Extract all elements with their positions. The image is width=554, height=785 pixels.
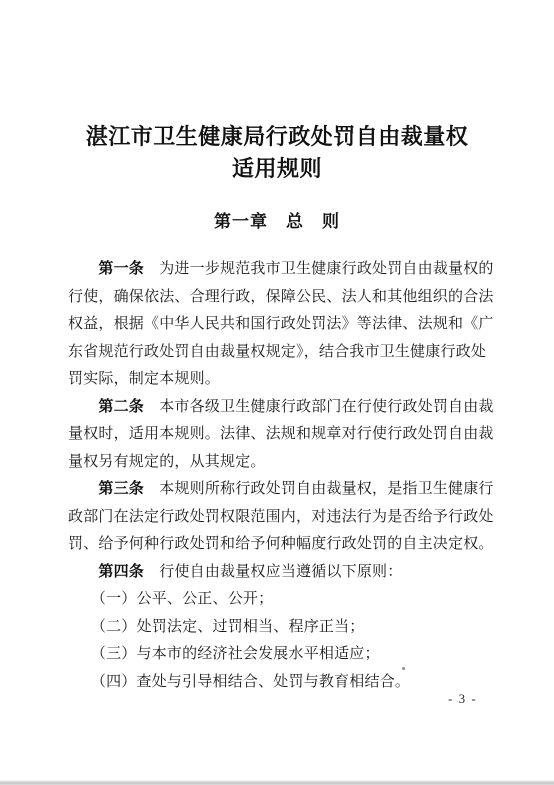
line-indent xyxy=(68,591,98,607)
text-line: 罚实际，制定本规则。 xyxy=(68,366,498,394)
text-line: 量权时，适用本规则。法律、法规和规章对行使行政处罚自由裁 xyxy=(68,421,498,449)
line-text: （三）与本市的经济社会发展水平相适应； xyxy=(98,646,379,662)
line-text: 权益，根据《中华人民共和国行政处罚法》等法律、法规和《广 xyxy=(68,316,494,332)
line-indent xyxy=(68,481,98,497)
document-title: 湛江市卫生健康局行政处罚自由裁量权 适用规则 xyxy=(0,121,554,185)
article-number: 第三条 xyxy=(98,481,144,497)
article-number: 第四条 xyxy=(98,564,144,580)
article-number: 第二条 xyxy=(98,399,144,415)
page-number: - 3 - xyxy=(448,691,477,707)
line-text: 量权另有规定的，从其规定。 xyxy=(68,454,266,470)
line-text: 本市各级卫生健康行政部门在行使行政处罚自由裁 xyxy=(144,399,494,415)
text-line: 权益，根据《中华人民共和国行政处罚法》等法律、法规和《广 xyxy=(68,311,498,339)
line-indent xyxy=(68,399,98,415)
line-text: 量权时，适用本规则。法律、法规和规章对行使行政处罚自由裁 xyxy=(68,426,494,442)
line-indent xyxy=(68,674,98,690)
document-page: 湛江市卫生健康局行政处罚自由裁量权 适用规则 第一章 总 则 第一条 为进一步规… xyxy=(0,0,554,785)
article-number: 第一条 xyxy=(98,261,144,277)
line-text: 政部门在法定行政处罚权限范围内，对违法行为是否给予行政处 xyxy=(68,509,494,525)
document-title-line1: 湛江市卫生健康局行政处罚自由裁量权 xyxy=(0,121,554,153)
line-indent xyxy=(68,261,98,277)
text-line: 第三条 本规则所称行政处罚自由裁量权，是指卫生健康行 xyxy=(68,476,498,504)
text-line: （二）处罚法定、过罚相当、程序正当； xyxy=(68,614,498,642)
line-text: 罚实际，制定本规则。 xyxy=(68,371,220,387)
line-text: 罚、给予何种行政处罚和给予何种幅度行政处罚的自主决定权。 xyxy=(68,536,494,552)
text-line: 罚、给予何种行政处罚和给予何种幅度行政处罚的自主决定权。 xyxy=(68,531,498,559)
text-line: 量权另有规定的，从其规定。 xyxy=(68,449,498,477)
text-line: 第二条 本市各级卫生健康行政部门在行使行政处罚自由裁 xyxy=(68,394,498,422)
text-line: 行使，确保依法、合理行政，保障公民、法人和其他组织的合法 xyxy=(68,284,498,312)
text-line: （一）公平、公正、公开； xyxy=(68,586,498,614)
chapter-heading: 第一章 总 则 xyxy=(0,207,554,232)
line-indent xyxy=(68,564,98,580)
line-text: （四）查处与引导相结合、处罚与教育相结合。 xyxy=(98,674,410,690)
line-text: 东省规范行政处罚自由裁量权规定》，结合我市卫生健康行政处 xyxy=(68,344,486,360)
text-line: 第四条 行使自由裁量权应当遵循以下原则： xyxy=(68,559,498,587)
line-text: （二）处罚法定、过罚相当、程序正当； xyxy=(98,619,364,635)
line-text: （一）公平、公正、公开； xyxy=(98,591,273,607)
text-line: （三）与本市的经济社会发展水平相适应； xyxy=(68,641,498,669)
document-title-line2: 适用规则 xyxy=(0,153,554,185)
text-line: 政部门在法定行政处罚权限范围内，对违法行为是否给予行政处 xyxy=(68,504,498,532)
line-text: 行使，确保依法、合理行政，保障公民、法人和其他组织的合法 xyxy=(68,289,494,305)
line-text: 本规则所称行政处罚自由裁量权，是指卫生健康行 xyxy=(144,481,494,497)
document-body: 第一条 为进一步规范我市卫生健康行政处罚自由裁量权的 行使，确保依法、合理行政，… xyxy=(68,256,498,696)
line-text: 为进一步规范我市卫生健康行政处罚自由裁量权的 xyxy=(144,261,494,277)
text-line: （四）查处与引导相结合、处罚与教育相结合。 xyxy=(68,669,498,697)
line-indent xyxy=(68,619,98,635)
line-indent xyxy=(68,646,98,662)
text-line: 东省规范行政处罚自由裁量权规定》，结合我市卫生健康行政处 xyxy=(68,339,498,367)
line-text: 行使自由裁量权应当遵循以下原则： xyxy=(144,564,402,580)
page-bottom-edge xyxy=(0,780,554,785)
text-line: 第一条 为进一步规范我市卫生健康行政处罚自由裁量权的 xyxy=(68,256,498,284)
scan-speck xyxy=(402,667,405,670)
